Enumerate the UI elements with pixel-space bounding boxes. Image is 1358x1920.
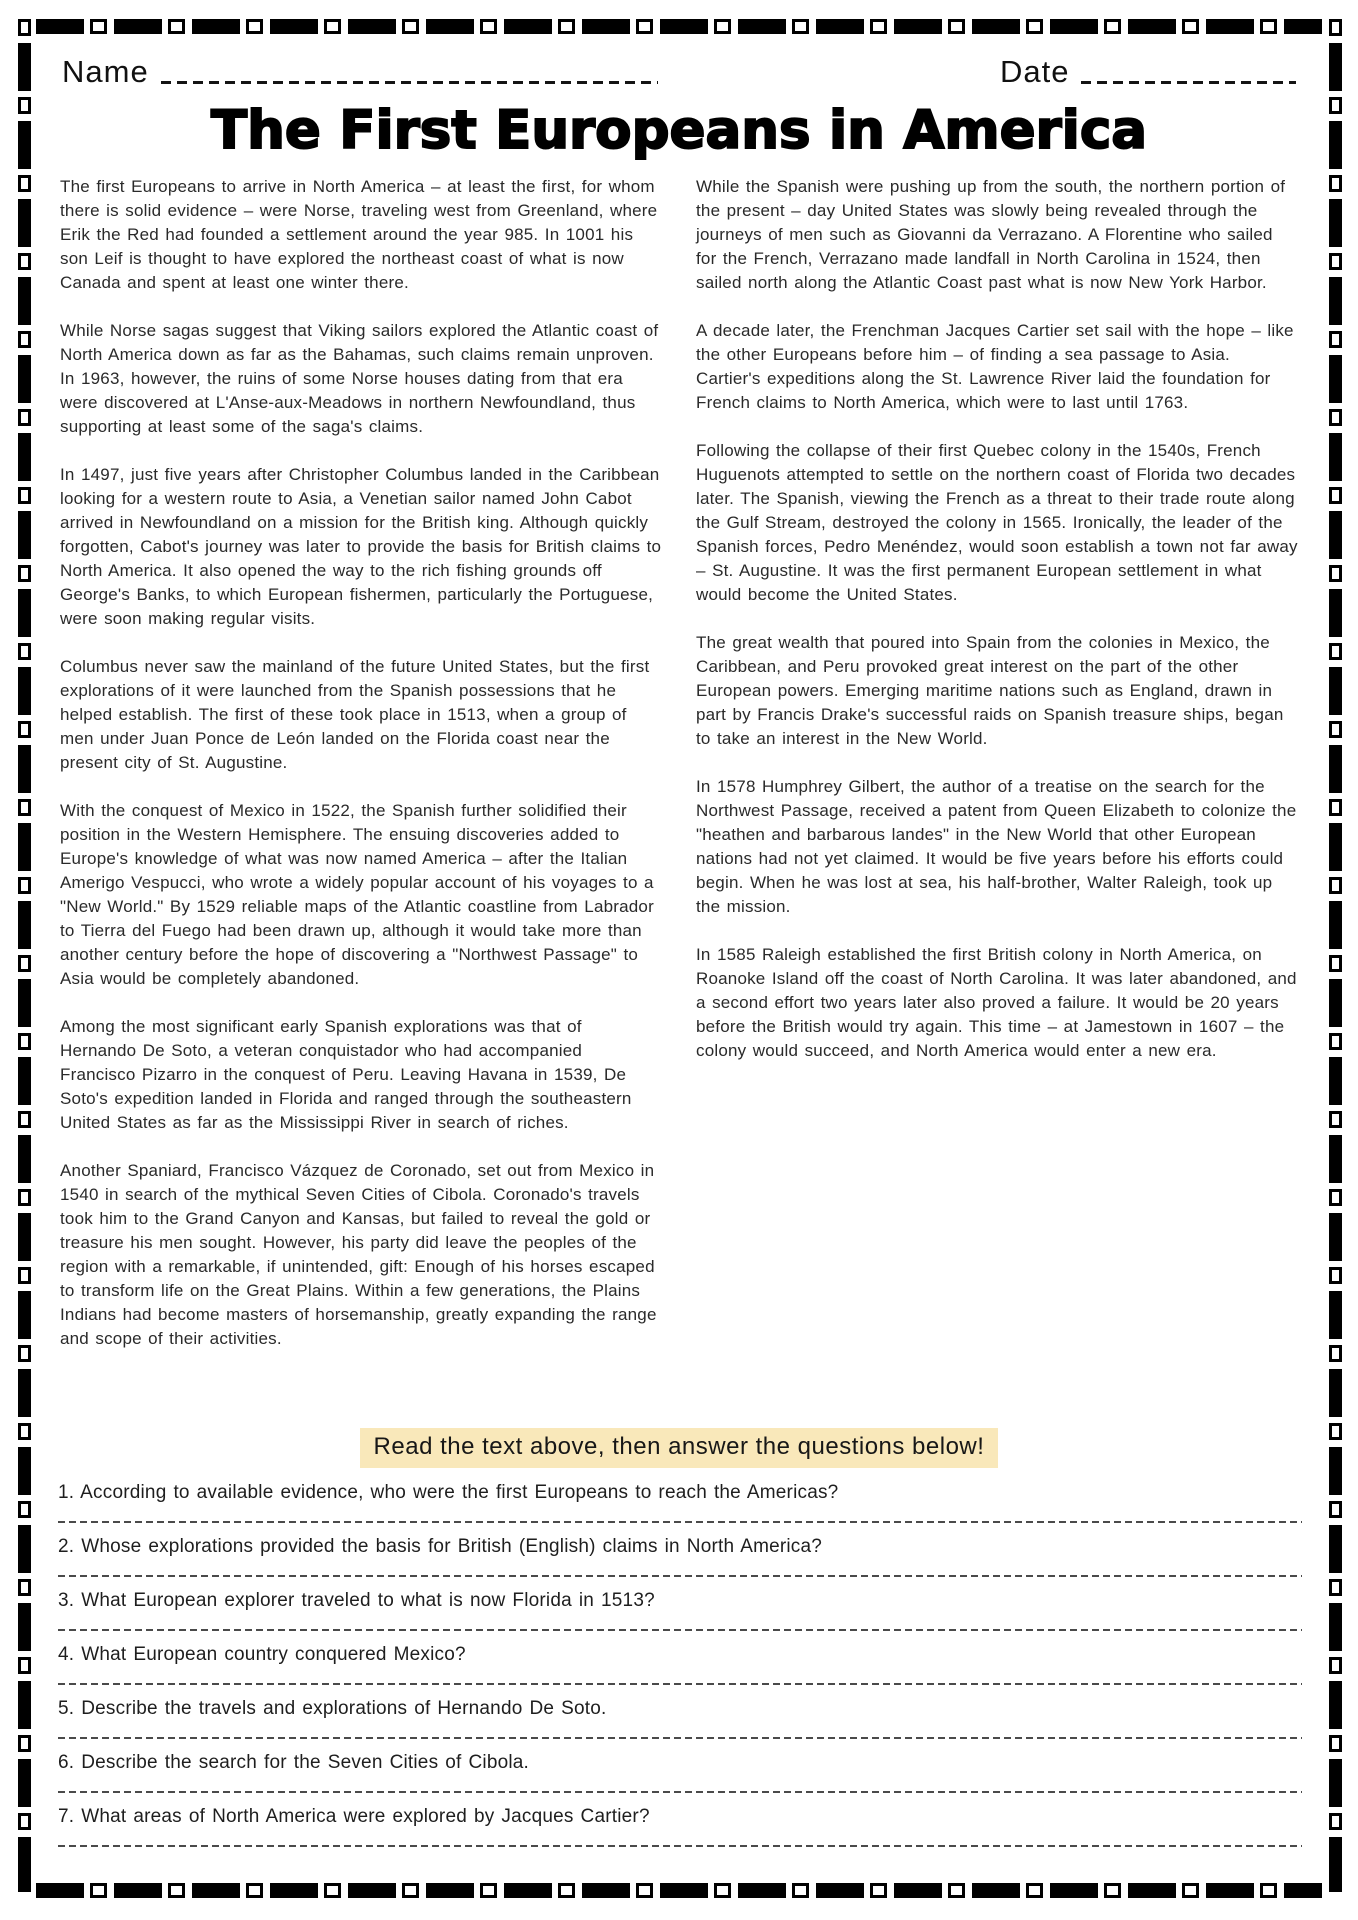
worksheet-page: Name Date The First Europeans in America… xyxy=(0,0,1358,1920)
question-text: 4. What European country conquered Mexic… xyxy=(58,1644,1302,1666)
paragraph: The great wealth that poured into Spain … xyxy=(696,631,1298,751)
article-column-left: The first Europeans to arrive in North A… xyxy=(60,175,662,1423)
article: The first Europeans to arrive in North A… xyxy=(60,175,1298,1423)
question-text: 1. According to available evidence, who … xyxy=(58,1482,1302,1504)
question-text: 6. Describe the search for the Seven Cit… xyxy=(58,1752,1302,1774)
instruction-highlight: Read the text above, then answer the que… xyxy=(360,1428,999,1468)
question-text: 7. What areas of North America were expl… xyxy=(58,1806,1302,1828)
question-item: 3. What European explorer traveled to wh… xyxy=(58,1590,1302,1631)
instruction-row: Read the text above, then answer the que… xyxy=(0,1428,1358,1468)
answer-line xyxy=(58,1575,1302,1577)
question-item: 5. Describe the travels and explorations… xyxy=(58,1698,1302,1739)
questions-section: 1. According to available evidence, who … xyxy=(58,1482,1302,1860)
paragraph: Columbus never saw the mainland of the f… xyxy=(60,655,662,775)
border-right-decoration xyxy=(1329,19,1342,1898)
question-item: 2. Whose explorations provided the basis… xyxy=(58,1536,1302,1577)
question-text: 3. What European explorer traveled to wh… xyxy=(58,1590,1302,1612)
question-item: 1. According to available evidence, who … xyxy=(58,1482,1302,1523)
paragraph: With the conquest of Mexico in 1522, the… xyxy=(60,799,662,991)
answer-line xyxy=(58,1845,1302,1847)
border-bottom-decoration xyxy=(36,1883,1322,1898)
paragraph: Following the collapse of their first Qu… xyxy=(696,439,1298,607)
date-field-group: Date xyxy=(1000,54,1296,90)
paragraph: In 1497, just five years after Christoph… xyxy=(60,463,662,631)
paragraph: A decade later, the Frenchman Jacques Ca… xyxy=(696,319,1298,415)
paragraph: The first Europeans to arrive in North A… xyxy=(60,175,662,295)
answer-line xyxy=(58,1683,1302,1685)
answer-line xyxy=(58,1629,1302,1631)
header: Name Date xyxy=(0,0,1358,90)
border-left-decoration xyxy=(18,19,31,1898)
answer-line xyxy=(58,1791,1302,1793)
paragraph: Another Spaniard, Francisco Vázquez de C… xyxy=(60,1159,662,1351)
name-label: Name xyxy=(62,54,149,90)
paragraph: In 1585 Raleigh established the first Br… xyxy=(696,943,1298,1063)
paragraph: While Norse sagas suggest that Viking sa… xyxy=(60,319,662,439)
paragraph: Among the most significant early Spanish… xyxy=(60,1015,662,1135)
date-write-line xyxy=(1081,81,1296,84)
article-column-right: While the Spanish were pushing up from t… xyxy=(696,175,1298,1423)
question-item: 7. What areas of North America were expl… xyxy=(58,1806,1302,1847)
question-text: 5. Describe the travels and explorations… xyxy=(58,1698,1302,1720)
page-title: The First Europeans in America xyxy=(0,100,1358,161)
border-top-decoration xyxy=(36,19,1322,34)
question-item: 6. Describe the search for the Seven Cit… xyxy=(58,1752,1302,1793)
answer-line xyxy=(58,1521,1302,1523)
question-text: 2. Whose explorations provided the basis… xyxy=(58,1536,1302,1558)
name-field-group: Name xyxy=(62,54,658,90)
question-item: 4. What European country conquered Mexic… xyxy=(58,1644,1302,1685)
name-write-line xyxy=(161,81,658,84)
paragraph: While the Spanish were pushing up from t… xyxy=(696,175,1298,295)
date-label: Date xyxy=(1000,54,1069,90)
paragraph: In 1578 Humphrey Gilbert, the author of … xyxy=(696,775,1298,919)
answer-line xyxy=(58,1737,1302,1739)
